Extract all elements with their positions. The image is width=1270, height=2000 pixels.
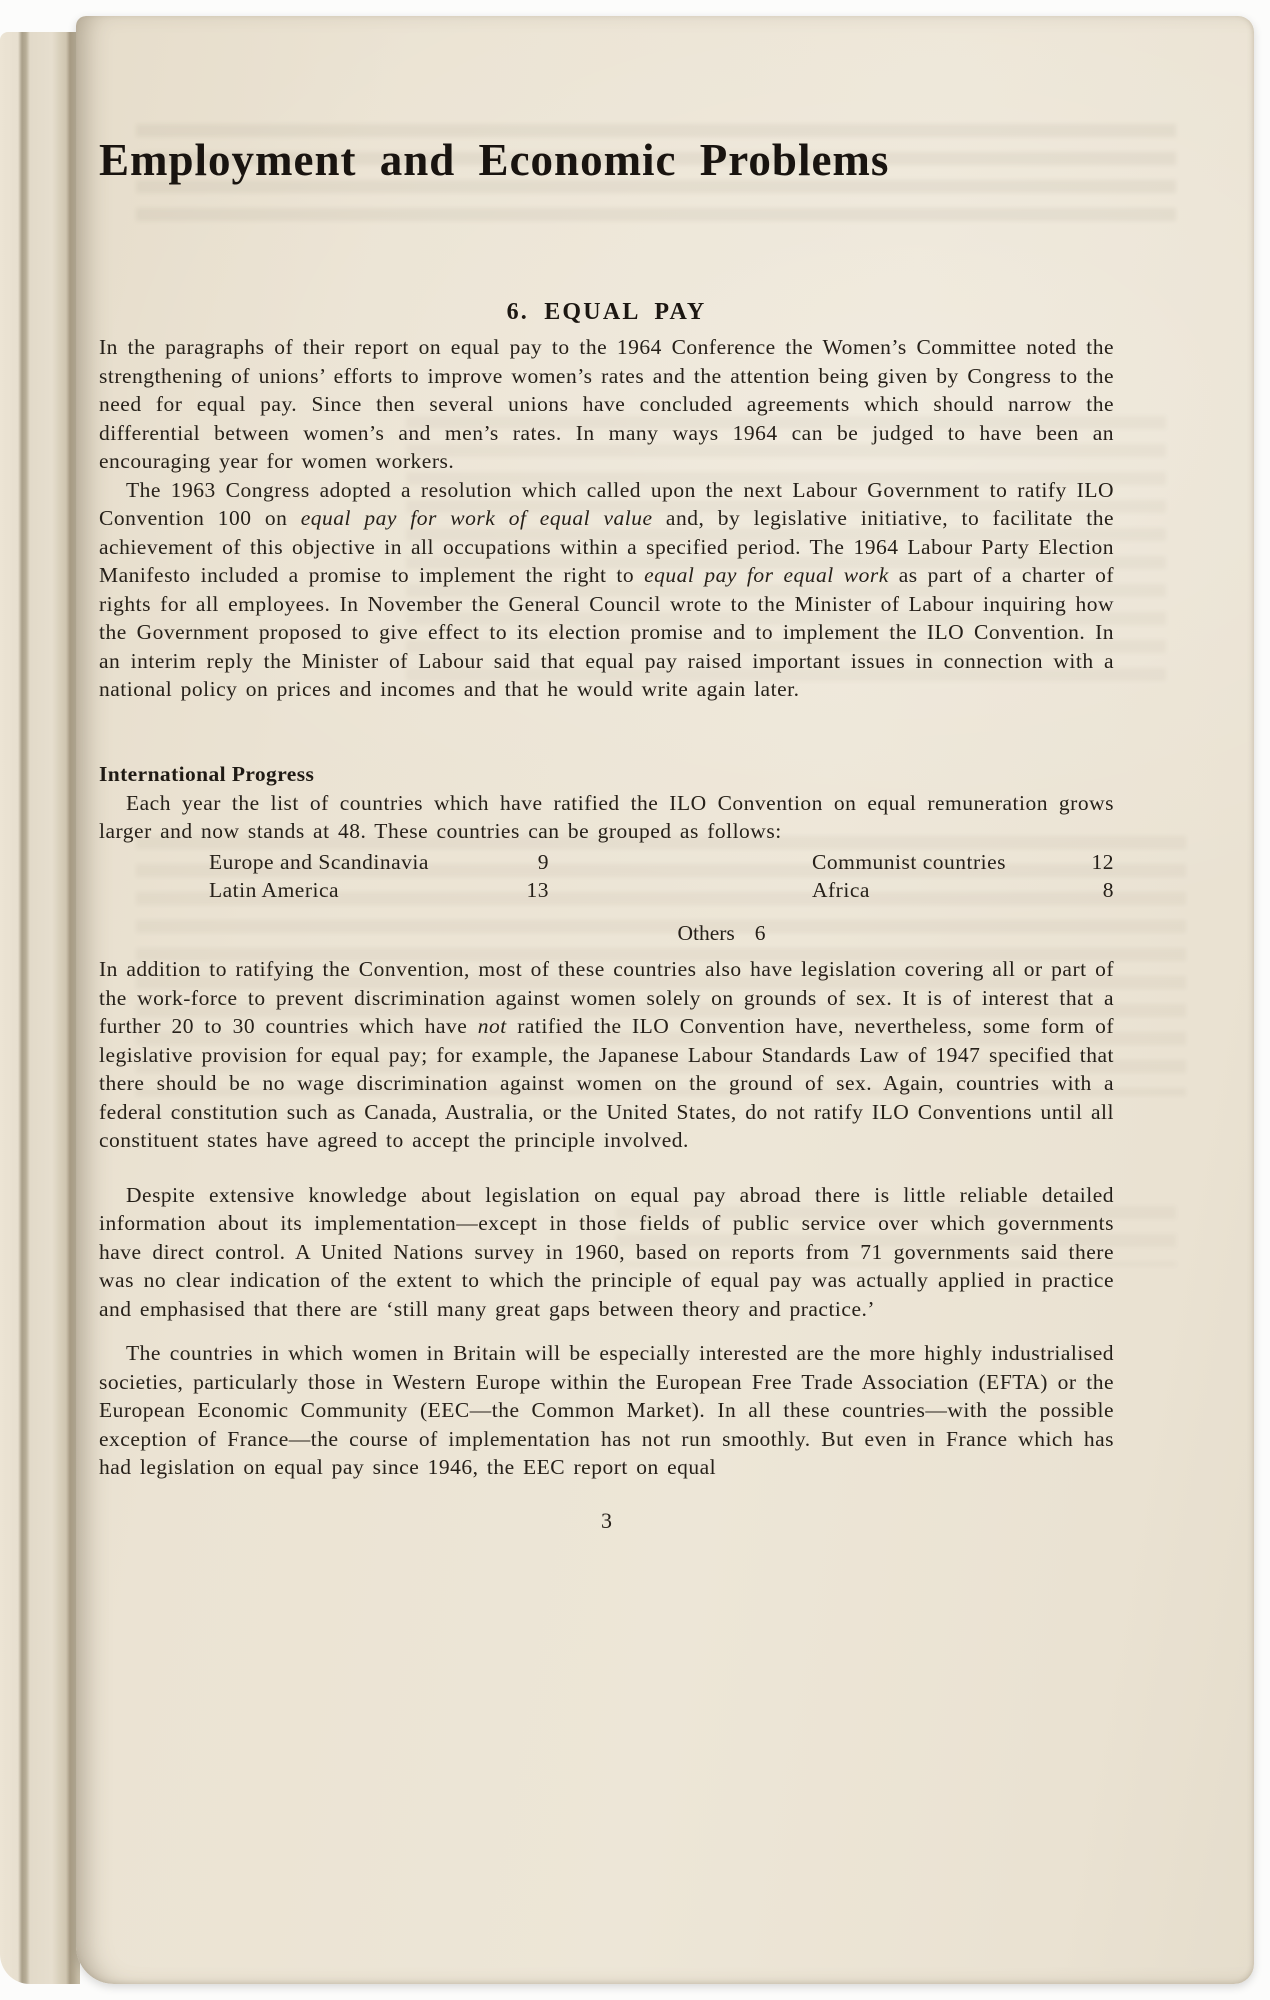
ratification-footer-value: 6 bbox=[755, 921, 766, 945]
page-number: 3 bbox=[99, 1508, 1114, 1534]
ratification-rows: Europe and Scandinavia9Communist countri… bbox=[209, 848, 1114, 905]
paragraph: In the paragraphs of their report on equ… bbox=[99, 333, 1114, 476]
paragraph: In addition to ratifying the Convention,… bbox=[99, 955, 1114, 1155]
ratification-footer-label: Others bbox=[677, 921, 734, 945]
ratification-count-list: Europe and Scandinavia9Communist countri… bbox=[209, 848, 1114, 948]
ratification-row: Latin America13Africa8 bbox=[209, 876, 1114, 905]
book-gutter-page-edges bbox=[0, 32, 80, 1984]
spacer bbox=[549, 876, 812, 905]
page-title: Employment and Economic Problems bbox=[99, 134, 1114, 187]
region-count: 12 bbox=[1052, 848, 1114, 877]
text-run: In the paragraphs of their report on equ… bbox=[99, 335, 1114, 473]
text-run: The countries in which women in Britain … bbox=[99, 1341, 1114, 1479]
italic-text-run: not bbox=[478, 1014, 507, 1038]
text-run: Despite extensive knowledge about legisl… bbox=[99, 1183, 1114, 1321]
text-column: Employment and Economic Problems 6. EQUA… bbox=[99, 16, 1114, 1534]
text-run: Each year the list of countries which ha… bbox=[99, 791, 1114, 844]
paragraph: The countries in which women in Britain … bbox=[99, 1339, 1114, 1482]
italic-text-run: equal pay for work of equal value bbox=[301, 506, 653, 530]
region-label: Africa bbox=[812, 876, 1052, 905]
italic-text-run: equal pay for equal work bbox=[644, 563, 889, 587]
region-label: Europe and Scandinavia bbox=[209, 848, 489, 877]
region-count: 9 bbox=[489, 848, 549, 877]
photo-background: Employment and Economic Problems 6. EQUA… bbox=[0, 0, 1270, 2000]
book-page: Employment and Economic Problems 6. EQUA… bbox=[76, 16, 1254, 1984]
region-count: 13 bbox=[489, 876, 549, 905]
ratification-row: Europe and Scandinavia9Communist countri… bbox=[209, 848, 1114, 877]
paragraph: The 1963 Congress adopted a resolution w… bbox=[99, 476, 1114, 704]
spacer bbox=[549, 848, 812, 877]
paragraph: Each year the list of countries which ha… bbox=[99, 789, 1114, 846]
section-heading: 6. EQUAL PAY bbox=[99, 299, 1114, 326]
region-label: Latin America bbox=[209, 876, 489, 905]
paragraph: Despite extensive knowledge about legisl… bbox=[99, 1181, 1114, 1324]
region-count: 8 bbox=[1052, 876, 1114, 905]
region-label: Communist countries bbox=[812, 848, 1052, 877]
ratification-footer-row: Others6 bbox=[209, 919, 1114, 948]
subheading-international-progress: International Progress bbox=[99, 762, 1114, 787]
